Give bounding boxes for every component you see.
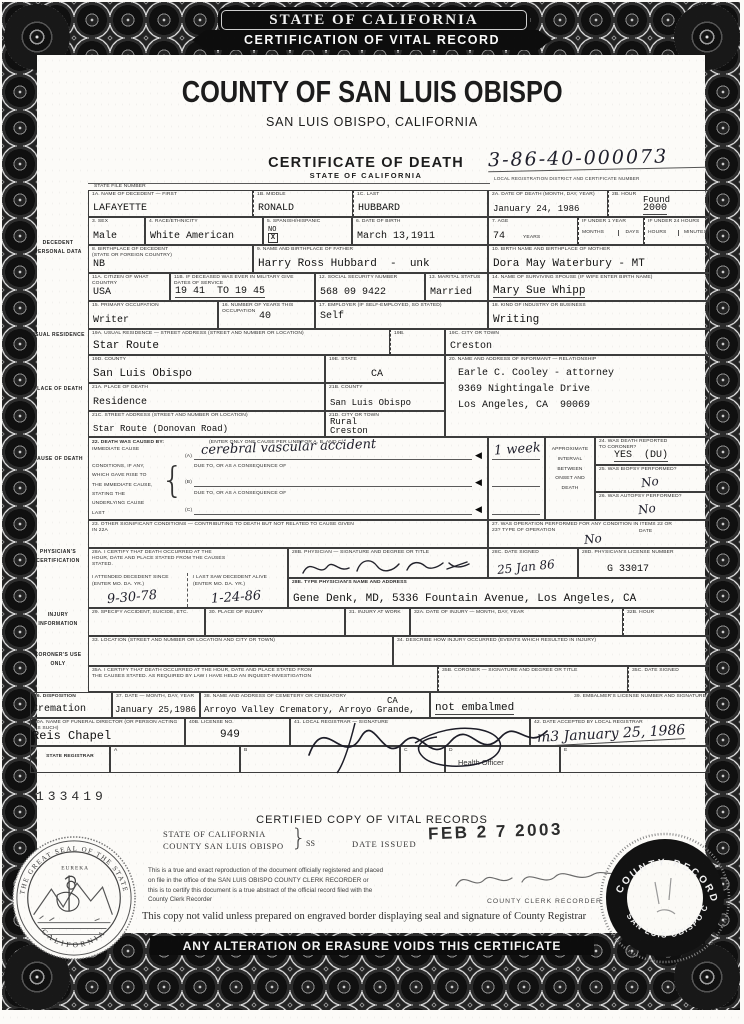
field-label: 39. EMBALMER'S LICENSE NUMBER AND SIGNAT… [434, 694, 706, 700]
arrow-icon: ◀ [475, 477, 482, 488]
field-sex: 3. SEX Male [88, 217, 145, 245]
field-label: 18. KIND OF INDUSTRY OR BUSINESS [492, 303, 706, 309]
field-residence-19b: 19B. [390, 329, 445, 355]
sidebar-decedent-personal-data: DECEDENT PERSONAL DATA [29, 239, 87, 257]
field-label: 3. SEX [92, 219, 141, 225]
field-value: No [640, 474, 660, 490]
field-value: Star Route (Donovan Road) [93, 424, 228, 434]
field-label: 15. PRIMARY OCCUPATION [92, 303, 214, 309]
state-of-california-ribbon: STATE OF CALIFORNIA [218, 7, 530, 33]
field-value: Writing [493, 314, 539, 326]
field-value: January 25,1986 [115, 705, 196, 715]
registration-number: 3-86-40-000073 [488, 145, 706, 173]
field-label: 14. NAME OF SURVIVING SPOUSE (IF WIFE EN… [492, 275, 706, 281]
brace-glyph: { [161, 460, 184, 501]
field-label: 35C. DATE SIGNED [632, 668, 706, 674]
field-label: 19C. CITY OR TOWN [449, 331, 706, 337]
field-label: 1C. LAST [357, 192, 484, 198]
county-recorder-seal-icon: COUNTY RECORDER SAN LUIS OBISPO CO [597, 830, 733, 966]
death-certificate-page: STATE OF CALIFORNIA CERTIFICATION OF VIT… [0, 0, 744, 1024]
field-label-2: IN 22A [92, 528, 484, 534]
field-name-middle: 1B. MIDDLE RONALD [253, 190, 353, 217]
field-label: 6. DATE OF BIRTH [356, 219, 484, 225]
field-race: 4. RACE/ETHNICITY White American [145, 217, 263, 245]
field-value: Residence [93, 397, 147, 408]
field-label: STATED. [92, 562, 284, 568]
field-value: San Luis Obispo [93, 368, 192, 380]
state-ribbon-text: STATE OF CALIFORNIA [269, 12, 478, 29]
field-value-line: Los Angeles, CA 90069 [458, 400, 590, 411]
field-autopsy-performed: 26. WAS AUTOPSY PERFORMED? No [595, 492, 710, 520]
field-sub-label: HOURS [648, 230, 666, 236]
field-label: 5. SPANISH/HISPANIC [267, 219, 348, 225]
field-value: Dora May Waterbury - MT [493, 258, 645, 270]
field-value: NB [93, 259, 105, 270]
field-father-name-birthplace: 9. NAME AND BIRTHPLACE OF FATHER Harry R… [253, 245, 488, 273]
field-label: 21A. PLACE OF DEATH [92, 385, 321, 391]
field-label: THE CAUSES STATED. AS REQUIRED BY LAW I … [92, 674, 434, 680]
field-kind-of-industry: 18. KIND OF INDUSTRY OR BUSINESS Writing [488, 301, 710, 329]
sidebar-usual-residence: USUAL RESIDENCE [29, 331, 87, 340]
field-informant: 20. NAME AND ADDRESS OF INFORMANT — RELA… [445, 355, 710, 437]
field-physician-license: 28D. PHYSICIAN'S LICENSE NUMBER G 33017 [578, 548, 710, 578]
field-label: 37. DATE — MONTH, DAY, YEAR [116, 694, 196, 700]
field-value-line: 9369 Nightingale Drive [458, 384, 590, 395]
divider [187, 573, 188, 607]
field-label-2: (STATE OR FOREIGN COUNTRY) [92, 253, 249, 259]
field-sub-label: MINUTES [678, 230, 707, 236]
field-label: 13. MARITAL STATUS [429, 275, 484, 281]
cause-line-a-marker: (A) [185, 454, 192, 460]
field-label: 35B. CORONER — SIGNATURE AND DEGREE OR T… [442, 668, 624, 674]
attended-since-label: I ATTENDED DECEDENT SINCE [92, 575, 182, 581]
field-label: 29. SPECIFY ACCIDENT, SUICIDE, ETC. [92, 610, 201, 616]
cause-due-label: DUE TO, OR AS A CONSEQUENCE OF [194, 491, 286, 497]
field-label: 33. LOCATION (STREET AND NUMBER OR LOCAT… [92, 638, 389, 644]
cause-line-a-rule [194, 459, 472, 460]
field-value: Married [430, 287, 472, 298]
field-if-under-24-hours: IF UNDER 24 HOURS HOURS MINUTES [644, 217, 710, 245]
field-label: 19B. [394, 331, 441, 337]
field-value: 19 41 TO 19 45 [175, 286, 265, 298]
form-top-rule [88, 183, 490, 184]
certification-ribbon-text: CERTIFICATION OF VITAL RECORD [244, 33, 500, 47]
brace-glyph: } [291, 824, 306, 852]
field-value: San Luis Obispo [330, 398, 411, 408]
field-label: 19E. STATE [329, 357, 441, 363]
field-label: 4. RACE/ETHNICITY [149, 219, 259, 225]
physician-signature-icon [297, 555, 477, 579]
field-value: 568 09 9422 [320, 287, 386, 298]
field-value: G 33017 [607, 564, 649, 575]
field-label: 2A. DATE OF DEATH (MONTH, DAY, YEAR) [492, 192, 604, 198]
sidebar-physicians-certification: PHYSICIAN'S CERTIFICATION [29, 548, 87, 566]
field-value: White American [150, 231, 234, 242]
interval-value: 1 week [494, 440, 542, 458]
cause-line-b-marker: (B) [185, 480, 192, 486]
field-label: 28E. TYPE PHYSICIAN'S NAME AND ADDRESS [292, 580, 706, 586]
attestation-line: This is a true and exact reproduction of… [148, 866, 448, 876]
registrar-cell-e: E [560, 746, 710, 773]
county-subtitle: SAN LUIS OBISPO, CALIFORNIA [0, 115, 744, 129]
field-value: Cremation [32, 704, 86, 715]
field-label: 19D. COUNTY [92, 357, 321, 363]
field-value: March 13,1911 [357, 231, 435, 242]
field-military-service: 11B. IF DECEASED WAS EVER IN MILITARY GI… [170, 273, 315, 301]
field-residence-city: 19C. CITY OR TOWN Creston [445, 329, 710, 355]
field-operation-performed: 27. WAS OPERATION PERFORMED FOR ANY COND… [488, 520, 710, 548]
field-name-last: 1C. LAST HUBBARD [353, 190, 488, 217]
field-label: 30. PLACE OF INJURY [209, 610, 341, 616]
field-birthplace-decedent: 8. BIRTHPLACE OF DECEDENT (STATE OR FORE… [88, 245, 253, 273]
field-label-3: DATE [639, 529, 652, 535]
field-injury-hour: 32B. HOUR [623, 608, 710, 636]
field-value: Creston [450, 341, 492, 352]
sidebar-state-registrar: STATE REGISTRAR [30, 746, 110, 773]
field-residence-state: 19E. STATE CA [325, 355, 445, 383]
field-value: 25 Jan 86 [496, 557, 555, 577]
field-age: 7. AGE 74 YEARS [488, 217, 578, 245]
sidebar-injury-information: INJURY INFORMATION [29, 611, 87, 629]
field-value: 2000 [643, 203, 667, 215]
arrow-icon: ◀ [475, 504, 482, 515]
field-value: Gene Denk, MD, 5336 Fountain Avenue, Los… [293, 593, 636, 605]
interval-rule [492, 459, 540, 460]
field-disposition-date: 37. DATE — MONTH, DAY, YEAR January 25,1… [112, 692, 200, 718]
field-value: USA [93, 287, 111, 298]
field-sub-label: MONTHS [582, 230, 604, 236]
field-label: 25. WAS BIOPSY PERFORMED? [599, 467, 706, 473]
field-coroner-date-signed: 35C. DATE SIGNED [628, 666, 710, 692]
attended-since-enter: (ENTER MO. DA. YR.) [92, 582, 182, 588]
field-label: IF UNDER 1 YEAR [582, 219, 640, 225]
field-value: 74 [493, 231, 505, 242]
alteration-banner-text: ANY ALTERATION OR ERASURE VOIDS THIS CER… [183, 939, 561, 953]
field-label: 21C. STREET ADDRESS (STREET AND NUMBER O… [92, 413, 321, 419]
last-saw-alive-value: 1-24-86 [211, 588, 262, 606]
field-residence-street: 19A. USUAL RESIDENCE — STREET ADDRESS (S… [88, 329, 390, 355]
field-cause-of-death: 22. DEATH WAS CAUSED BY: (ENTER ONLY ONE… [88, 437, 488, 520]
field-date-signed: 28C. DATE SIGNED 25 Jan 86 [488, 548, 578, 578]
field-label: 20. NAME AND ADDRESS OF INFORMANT — RELA… [449, 357, 706, 363]
ss-abbreviation: SS [306, 839, 315, 848]
cause-immediate-label: IMMEDIATE CAUSE [92, 447, 139, 453]
field-value: RONALD [258, 203, 294, 214]
field-specify-accident: 29. SPECIFY ACCIDENT, SUICIDE, ETC. [88, 608, 205, 636]
field-how-injury-occurred: 34. DESCRIBE HOW INJURY OCCURRED (EVENTS… [393, 636, 710, 666]
field-place-of-injury: 30. PLACE OF INJURY [205, 608, 345, 636]
field-label: 28D. PHYSICIAN'S LICENSE NUMBER [582, 550, 706, 556]
field-label: IF UNDER 24 HOURS [648, 219, 706, 225]
field-value: Writer [93, 315, 129, 326]
field-other-significant-conditions: 23. OTHER SIGNIFICANT CONDITIONS — CONTR… [88, 520, 488, 548]
sidebar-cause-of-death: CAUSE OF DEATH [29, 455, 87, 464]
certification-ribbon: CERTIFICATION OF VITAL RECORD [192, 30, 552, 50]
field-interval-value: 1 week [488, 437, 545, 520]
attestation-line: this is to certify this document is a tr… [148, 886, 448, 896]
field-citizen-of: 11A. CITIZEN OF WHAT COUNTRY USA [88, 273, 170, 301]
field-primary-occupation: 15. PRIMARY OCCUPATION Writer [88, 301, 218, 329]
field-value: YES (DU) [614, 450, 668, 462]
field-label: 31. INJURY AT WORK [349, 610, 406, 616]
field-value: No [583, 531, 602, 547]
cause-label: 22. DEATH WAS CAUSED BY: [92, 440, 164, 446]
field-if-under-1-year: IF UNDER 1 YEAR MONTHS DAYS [578, 217, 644, 245]
field-value: Self [320, 311, 344, 322]
field-physician-certify: 28A. I CERTIFY THAT DEATH OCCURRED AT TH… [88, 548, 288, 608]
field-value: LAFAYETTE [93, 203, 147, 214]
field-disposition: 36. DISPOSITION Cremation [30, 692, 112, 718]
local-registrar-signature-icon [295, 703, 560, 775]
alteration-banner: ANY ALTERATION OR ERASURE VOIDS THIS CER… [150, 936, 594, 955]
attestation-text: This is a true and exact reproduction of… [148, 866, 448, 905]
sidebar-place-of-death: PLACE OF DEATH [29, 385, 87, 394]
field-label: 26. WAS AUTOPSY PERFORMED? [599, 494, 706, 500]
certificate-state-line: STATE OF CALIFORNIA [246, 171, 486, 180]
field-value: CA [371, 369, 383, 380]
field-employer: 17. EMPLOYER (IF SELF-EMPLOYED, SO STATE… [315, 301, 488, 329]
field-label: 1A. NAME OF DECEDENT — FIRST [92, 192, 249, 198]
field-label: 36. DISPOSITION [34, 694, 108, 700]
field-value: No [637, 501, 657, 517]
field-funeral-director: 40A. NAME OF FUNERAL DIRECTOR (OR PERSON… [30, 718, 185, 746]
field-value: January 24, 1986 [493, 204, 579, 214]
footer-state-line: STATE OF CALIFORNIA [163, 829, 266, 839]
field-value: Male [93, 231, 117, 242]
validity-notice: This copy not valid unless prepared on e… [142, 911, 662, 922]
field-physician-signature: 28B. PHYSICIAN — SIGNATURE AND DEGREE OR… [288, 548, 488, 578]
field-label: 10. BIRTH NAME AND BIRTHPLACE OF MOTHER [492, 247, 706, 253]
field-label: 7. AGE [492, 219, 574, 225]
field-years-this-occupation: 16. NUMBER OF YEARS THIS OCCUPATION 40 [218, 301, 315, 329]
field-physician-name-address: 28E. TYPE PHYSICIAN'S NAME AND ADDRESS G… [288, 578, 710, 608]
document-number: 133419 [36, 789, 107, 804]
certificate-title: CERTIFICATE OF DEATH [246, 155, 486, 171]
field-hour-of-death: 2B. HOUR Found 2000 [608, 190, 710, 217]
attestation-line: on file in the office of the SAN LUIS OB… [148, 876, 448, 886]
footer-county-line: COUNTY SAN LUIS OBISPO [163, 841, 284, 851]
field-place-of-death: 21A. PLACE OF DEATH Residence [88, 383, 325, 411]
field-biopsy-performed: 25. WAS BIOPSY PERFORMED? No [595, 465, 710, 492]
field-social-security-number: 12. SOCIAL SECURITY NUMBER 568 09 9422 [315, 273, 425, 301]
field-date-of-death: 2A. DATE OF DEATH (MONTH, DAY, YEAR) Jan… [488, 190, 608, 217]
certificate-form: STATE FILE NUMBER 1A. NAME OF DECEDENT —… [88, 183, 710, 774]
field-value: HUBBARD [358, 203, 400, 214]
field-surviving-spouse: 14. NAME OF SURVIVING SPOUSE (IF WIFE EN… [488, 273, 710, 301]
field-death-street: 21C. STREET ADDRESS (STREET AND NUMBER O… [88, 411, 325, 437]
field-reported-to-coroner: 24. WAS DEATH REPORTED TO CORONER? YES (… [595, 437, 710, 465]
great-seal-of-california-icon: THE GREAT SEAL OF THE STATE CALIFORNIA E… [10, 834, 138, 962]
cause-conditions-label: CONDITIONS, IF ANY, WHICH GAVE RISE TO T… [92, 462, 154, 518]
field-label: 28C. DATE SIGNED [492, 550, 574, 556]
field-label: 32A. DATE OF INJURY — MONTH, DAY, YEAR [414, 610, 619, 616]
field-coroner-signature: 35B. CORONER — SIGNATURE AND DEGREE OR T… [438, 666, 628, 692]
field-label: 34. DESCRIBE HOW INJURY OCCURRED (EVENTS… [397, 638, 706, 644]
attended-since-value: 9-30-78 [106, 588, 157, 607]
field-date-of-injury: 32A. DATE OF INJURY — MONTH, DAY, YEAR [410, 608, 623, 636]
field-label: 12. SOCIAL SECURITY NUMBER [319, 275, 421, 281]
field-unit: YEARS [523, 235, 540, 241]
county-title: COUNTY OF SAN LUIS OBISPO [0, 74, 744, 110]
field-injury-at-work: 31. INJURY AT WORK [345, 608, 410, 636]
field-spanish-hispanic: 5. SPANISH/HISPANIC NO X [263, 217, 352, 245]
field-value: Reis Chapel [32, 729, 111, 743]
field-value: Harry Ross Hubbard - unk [258, 258, 430, 270]
county-clerk-recorder-title: COUNTY CLERK RECORDER [487, 898, 602, 905]
field-mother-name-birthplace: 10. BIRTH NAME AND BIRTHPLACE OF MOTHER … [488, 245, 710, 273]
field-residence-county: 19D. COUNTY San Luis Obispo [88, 355, 325, 383]
field-value: Mary Sue Whipp [493, 285, 585, 298]
cause-line-c-marker: (C) [185, 508, 192, 514]
cause-line-c-rule [194, 514, 472, 515]
field-value: 949 [220, 729, 240, 741]
field-death-city: 21D. CITY OR TOWN Rural Creston [325, 411, 445, 437]
attestation-line: County Clerk Recorder [148, 895, 448, 905]
registration-number-label: LOCAL REGISTRATION DISTRICT AND CERTIFIC… [494, 176, 709, 181]
field-death-county: 21B. COUNTY San Luis Obispo [325, 383, 445, 411]
field-coroner-certify: 35A. I CERTIFY THAT DEATH OCCURRED AT TH… [88, 666, 438, 692]
sidebar-coroners-use-only: CORONER'S USE ONLY [29, 651, 87, 669]
field-injury-location: 33. LOCATION (STREET AND NUMBER OR LOCAT… [88, 636, 393, 666]
field-approximate-interval: APPROXIMATE INTERVAL BETWEEN ONSET AND D… [545, 437, 595, 520]
interval-rule [492, 486, 540, 487]
field-label: 32B. HOUR [627, 610, 706, 616]
last-saw-alive-label: I LAST SAW DECEDENT ALIVE [193, 575, 283, 581]
field-value: Creston [330, 426, 368, 436]
field-label: 9. NAME AND BIRTHPLACE OF FATHER [257, 247, 484, 253]
field-name-first: 1A. NAME OF DECEDENT — FIRST LAFAYETTE [88, 190, 253, 217]
field-label: 40B. LICENSE NO. [189, 720, 286, 726]
field-label: 17. EMPLOYER (IF SELF-EMPLOYED, SO STATE… [319, 303, 484, 309]
field-label: 1B. MIDDLE [257, 192, 349, 198]
arrow-icon: ◀ [475, 450, 482, 461]
last-saw-alive-enter: (ENTER MO. DA. YR.) [193, 582, 283, 588]
field-marital-status: 13. MARITAL STATUS Married [425, 273, 488, 301]
field-value: Star Route [93, 340, 159, 352]
field-funeral-license-no: 40B. LICENSE NO. 949 [185, 718, 290, 746]
field-date-of-birth: 6. DATE OF BIRTH March 13,1911 [352, 217, 488, 245]
field-label: 19A. USUAL RESIDENCE — STREET ADDRESS (S… [92, 331, 386, 337]
field-sub-label: DAYS [618, 230, 639, 236]
cause-line-b-rule [194, 486, 472, 487]
seal-left-motto: EUREKA [61, 865, 89, 871]
field-value-line: Earle C. Cooley - attorney [458, 368, 614, 379]
interval-rule [492, 514, 540, 515]
field-label: 11A. CITIZEN OF WHAT COUNTRY [92, 275, 166, 287]
date-issued-label: DATE ISSUED [352, 839, 417, 849]
checkbox-icon: X [268, 233, 278, 243]
field-value: 40 [259, 311, 271, 322]
cause-due-label: DUE TO, OR AS A CONSEQUENCE OF [194, 464, 286, 470]
registrar-cell-a: A [110, 746, 240, 773]
approximate-interval-label: APPROXIMATE INTERVAL BETWEEN ONSET AND D… [549, 439, 591, 494]
field-label: 21B. COUNTY [329, 385, 441, 391]
